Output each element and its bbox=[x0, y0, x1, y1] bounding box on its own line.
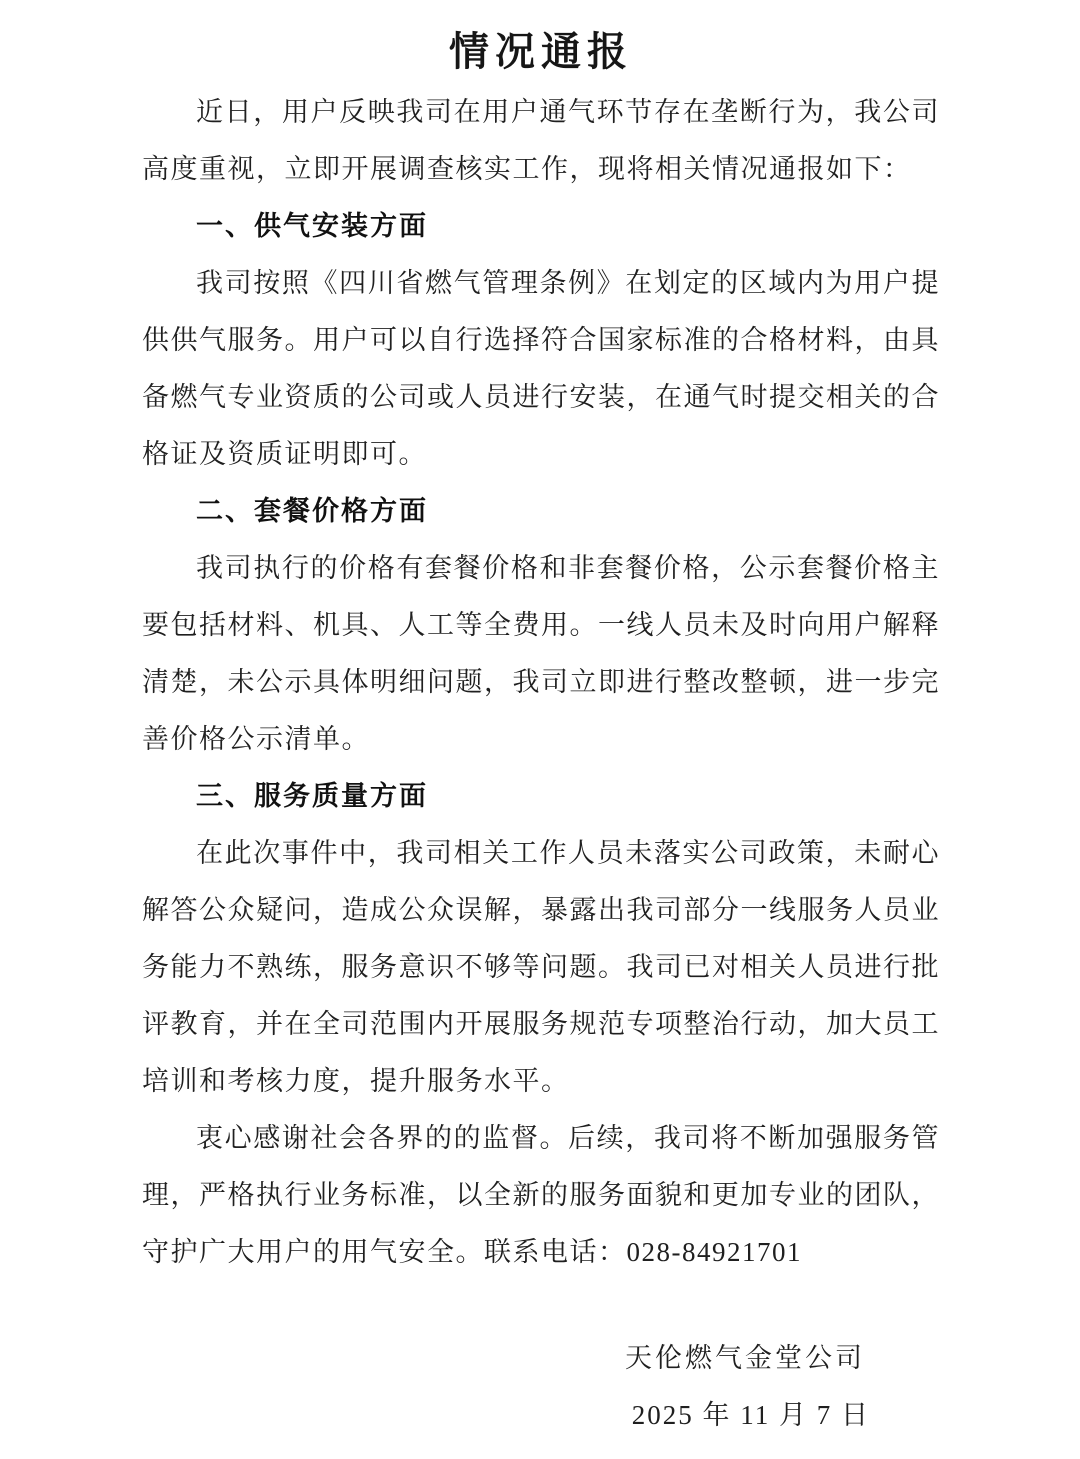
paragraph: 我司按照《四川省燃气管理条例》在划定的区域内为用户提供供气服务。用户可以自行选择… bbox=[142, 255, 940, 483]
paragraph: 我司执行的价格有套餐价格和非套餐价格，公示套餐价格主要包括材料、机具、人工等全费… bbox=[142, 540, 940, 768]
paragraph: 在此次事件中，我司相关工作人员未落实公司政策，未耐心解答公众疑问，造成公众误解，… bbox=[142, 825, 940, 1110]
section-heading: 三、服务质量方面 bbox=[142, 768, 940, 825]
paragraph: 衷心感谢社会各界的的监督。后续，我司将不断加强服务管理，严格执行业务标准，以全新… bbox=[142, 1110, 940, 1281]
company-signature: 天伦燃气金堂公司 bbox=[142, 1330, 940, 1387]
section-heading: 一、供气安装方面 bbox=[142, 198, 940, 255]
document-date: 2025 年 11 月 7 日 bbox=[142, 1387, 940, 1444]
document-body: 近日，用户反映我司在用户通气环节存在垄断行为，我公司高度重视，立即开展调查核实工… bbox=[142, 84, 940, 1281]
section-heading: 二、套餐价格方面 bbox=[142, 483, 940, 540]
notice-document: 情况通报 近日，用户反映我司在用户通气环节存在垄断行为，我公司高度重视，立即开展… bbox=[0, 0, 1080, 1459]
document-title: 情况通报 bbox=[142, 20, 940, 84]
signature-block: 天伦燃气金堂公司 2025 年 11 月 7 日 bbox=[142, 1330, 940, 1444]
paragraph: 近日，用户反映我司在用户通气环节存在垄断行为，我公司高度重视，立即开展调查核实工… bbox=[142, 84, 940, 198]
